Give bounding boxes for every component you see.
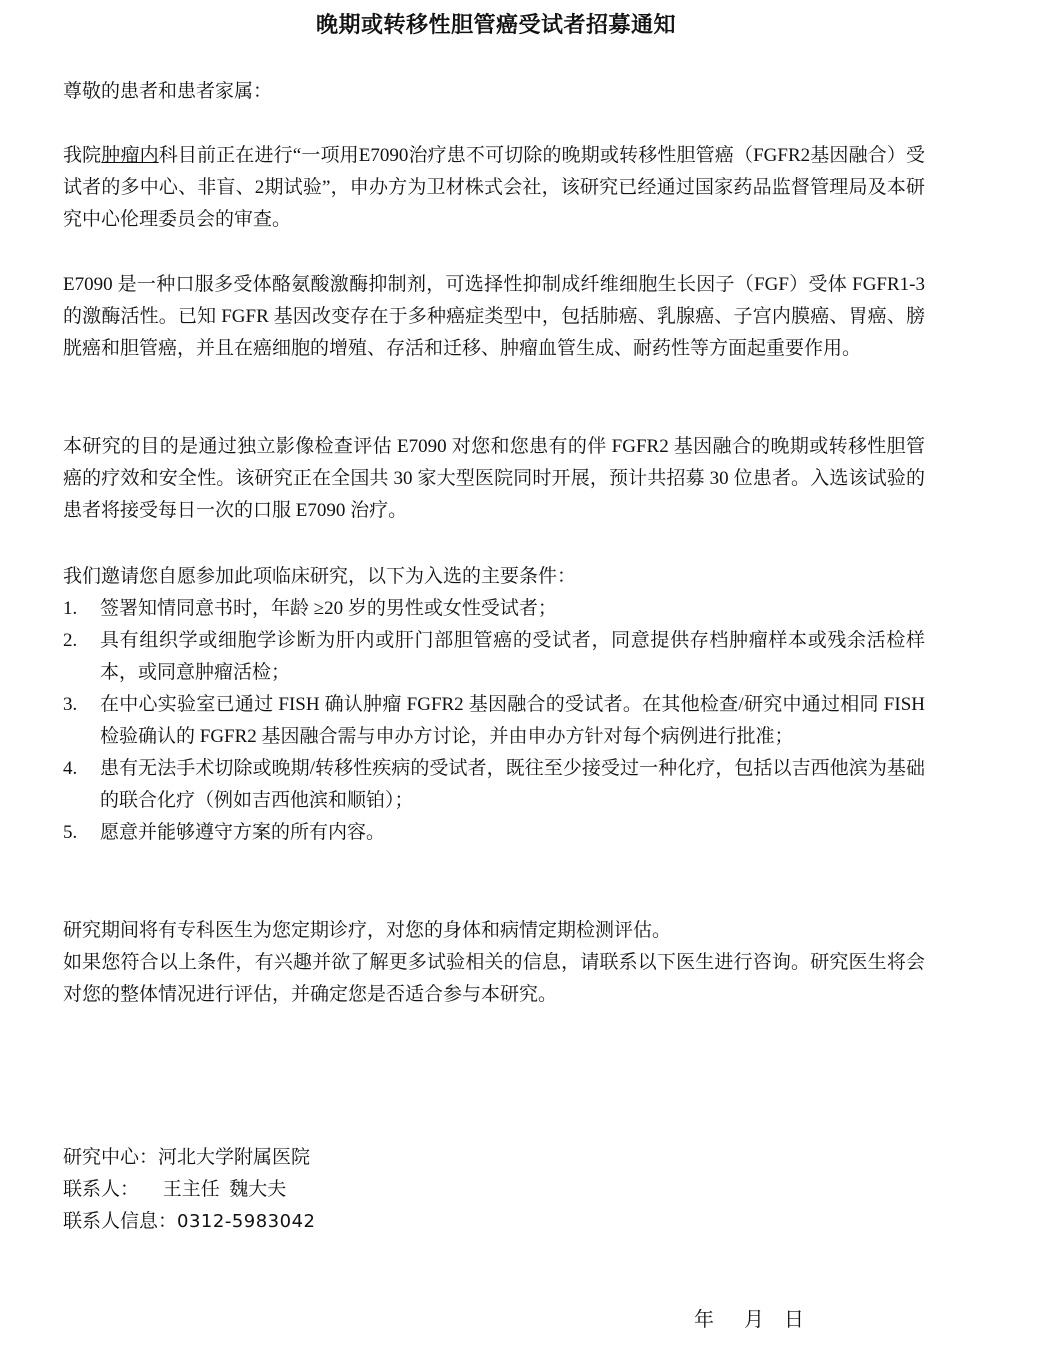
- criteria-number: 2.: [63, 625, 77, 657]
- criteria-item: 3.在中心实验室已通过 FISH 确认肿瘤 FGFR2 基因融合的受试者。在其他…: [63, 689, 925, 753]
- contact-phone-number: 0312-5983042: [177, 1211, 315, 1232]
- closing-line-followup: 研究期间将有专科医生为您定期诊疗，对您的身体和病情定期检测评估。: [63, 915, 925, 947]
- research-center-label: 研究中心：: [63, 1147, 158, 1168]
- criteria-number: 3.: [63, 689, 77, 721]
- department-name: 肿瘤内: [101, 145, 158, 166]
- criteria-item: 5.愿意并能够遵守方案的所有内容。: [63, 817, 925, 849]
- paragraph-study-intro-text: 科目前正在进行“一项用E7090治疗患不可切除的晚期或转移性胆管癌（FGFR2基…: [63, 145, 925, 230]
- date-year: 年: [694, 1309, 714, 1331]
- paragraph-study-intro-prefix: 我院: [63, 145, 101, 166]
- paragraph-drug-description: E7090 是一种口服多受体酪氨酸激酶抑制剂，可选择性抑制成纤维细胞生长因子（F…: [63, 269, 925, 365]
- criteria-text: 具有组织学或细胞学诊断为肝内或肝门部胆管癌的受试者，同意提供存档肿瘤样本或残余活…: [100, 630, 925, 683]
- recruitment-notice-page: 晚期或转移性胆管癌受试者招募通知 尊敬的患者和患者家属： 我院肿瘤内科目前正在进…: [0, 0, 1042, 1370]
- greeting: 尊敬的患者和患者家属：: [63, 76, 925, 108]
- research-center-row: 研究中心：河北大学附属医院: [63, 1142, 315, 1174]
- criteria-number: 1.: [63, 593, 77, 625]
- criteria-text: 愿意并能够遵守方案的所有内容。: [100, 822, 385, 843]
- criteria-list: 1.签署知情同意书时，年龄 ≥20 岁的男性或女性受试者； 2.具有组织学或细胞…: [63, 593, 925, 849]
- criteria-text: 签署知情同意书时，年龄 ≥20 岁的男性或女性受试者；: [100, 598, 557, 619]
- contact-person-label: 联系人：: [63, 1179, 139, 1200]
- document-title: 晚期或转移性胆管癌受试者招募通知: [0, 10, 1042, 42]
- contact-phone-row: 联系人信息：0312-5983042: [63, 1206, 315, 1238]
- closing-line-contact-invite: 如果您符合以上条件，有兴趣并欲了解更多试验相关的信息，请联系以下医生进行咨询。研…: [63, 947, 925, 1011]
- research-center-value: 河北大学附属医院: [158, 1147, 310, 1168]
- contact-info: 研究中心：河北大学附属医院 联系人： 王主任 魏大夫 联系人信息：0312-59…: [63, 1142, 315, 1238]
- closing-section: 研究期间将有专科医生为您定期诊疗，对您的身体和病情定期检测评估。 如果您符合以上…: [63, 915, 925, 1011]
- date-line: 年 月 日: [694, 1304, 804, 1336]
- criteria-item: 2.具有组织学或细胞学诊断为肝内或肝门部胆管癌的受试者，同意提供存档肿瘤样本或残…: [63, 625, 925, 689]
- contact-person-row: 联系人： 王主任 魏大夫: [63, 1174, 315, 1206]
- date-day: 日: [784, 1309, 804, 1331]
- criteria-text: 在中心实验室已通过 FISH 确认肿瘤 FGFR2 基因融合的受试者。在其他检查…: [100, 694, 925, 747]
- inclusion-criteria-section: 我们邀请您自愿参加此项临床研究，以下为入选的主要条件： 1.签署知情同意书时，年…: [63, 561, 925, 849]
- criteria-intro: 我们邀请您自愿参加此项临床研究，以下为入选的主要条件：: [63, 561, 925, 593]
- criteria-item: 4.患有无法手术切除或晚期/转移性疾病的受试者，既往至少接受过一种化疗，包括以吉…: [63, 753, 925, 817]
- criteria-item: 1.签署知情同意书时，年龄 ≥20 岁的男性或女性受试者；: [63, 593, 925, 625]
- contact-person-value: 王主任 魏大夫: [139, 1179, 286, 1200]
- contact-phone-label: 联系人信息：: [63, 1211, 177, 1232]
- date-month: 月: [744, 1309, 764, 1331]
- criteria-number: 5.: [63, 817, 77, 849]
- paragraph-study-intro: 我院肿瘤内科目前正在进行“一项用E7090治疗患不可切除的晚期或转移性胆管癌（F…: [63, 140, 925, 236]
- paragraph-study-purpose: 本研究的目的是通过独立影像检查评估 E7090 对您和您患有的伴 FGFR2 基…: [63, 431, 925, 527]
- criteria-number: 4.: [63, 753, 77, 785]
- criteria-text: 患有无法手术切除或晚期/转移性疾病的受试者，既往至少接受过一种化疗，包括以吉西他…: [100, 758, 925, 811]
